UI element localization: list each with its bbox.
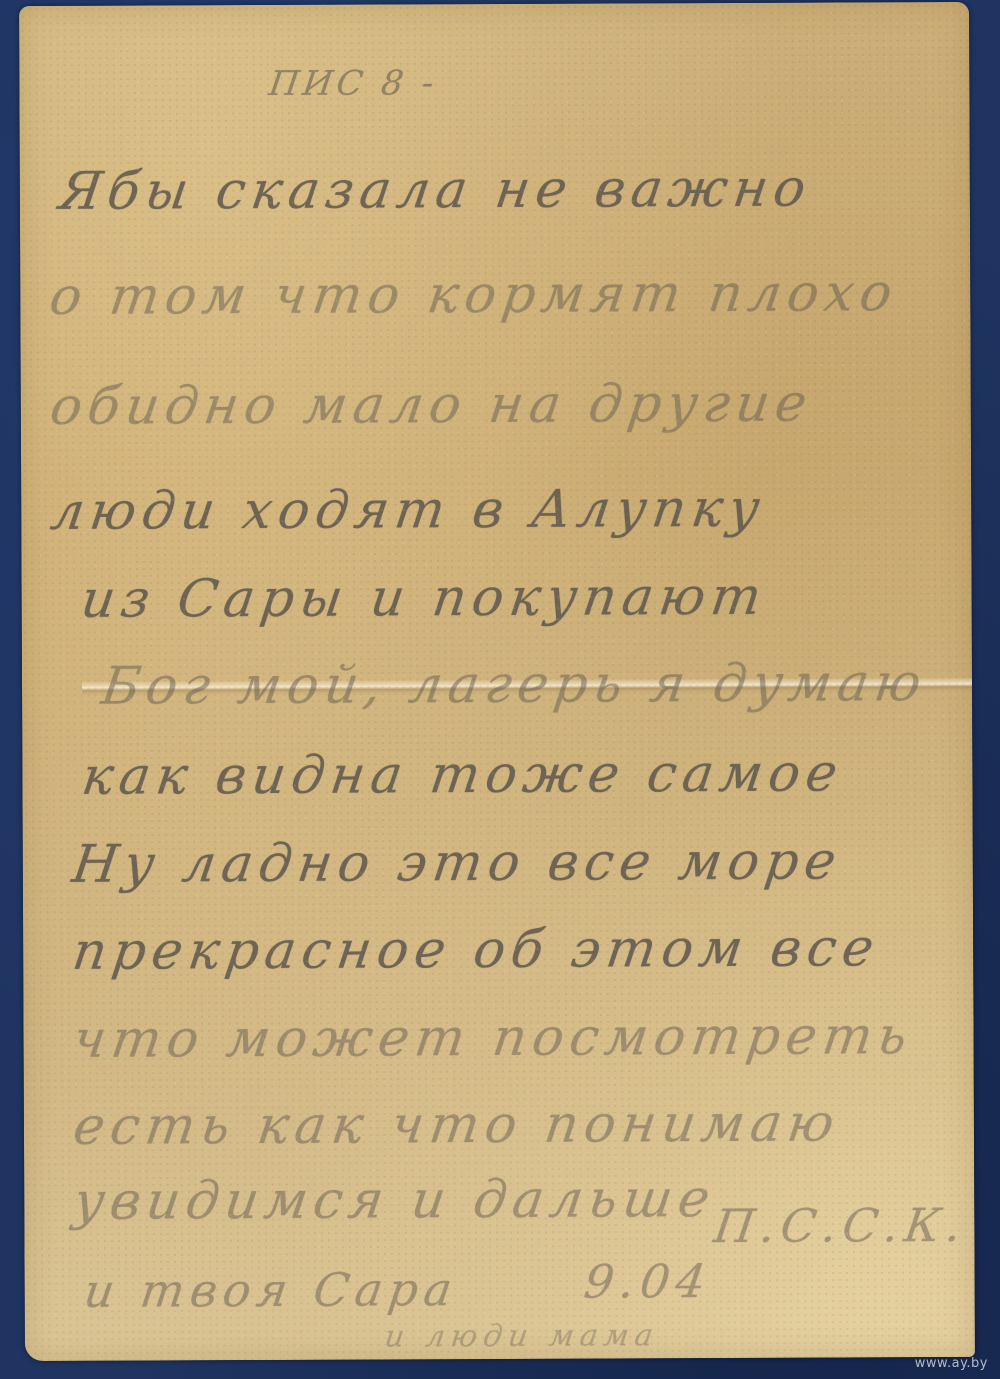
signature-date: 9.04	[581, 1258, 714, 1305]
handwritten-line-12: увидимся и дальше	[71, 1173, 719, 1228]
handwritten-line-4: люди ходят в Алупку	[48, 483, 769, 538]
handwritten-line-10: что может посмотреть	[70, 1010, 916, 1066]
handwritten-line-9: прекрасное об этом все	[70, 922, 883, 978]
handwriting-area: ПИС 8 - Ябы сказала не важно о том что к…	[19, 2, 975, 1361]
footer-scribble: и люди мама	[383, 1321, 661, 1352]
handwritten-line-6: Бог мой, лагерь я думаю	[98, 657, 930, 713]
signature-left: и твоя Сара	[82, 1266, 461, 1314]
letter-paper: ПИС 8 - Ябы сказала не важно о том что к…	[19, 2, 975, 1361]
handwritten-line-7: как видна тоже самое	[79, 747, 847, 802]
handwritten-line-2: о том что кормят плохо	[47, 267, 901, 323]
handwritten-line-1: Ябы сказала не важно	[56, 163, 814, 218]
handwritten-line-11: есть как что понимаю	[70, 1097, 843, 1152]
handwritten-line-3: обидно мало на другие	[47, 378, 815, 433]
signature-initials: П.С.С.К.	[711, 1202, 970, 1249]
site-watermark: www.ay.by	[915, 1356, 988, 1371]
handwritten-line-8: Ну ладно это все море	[69, 835, 845, 890]
handwritten-line-5: из Сары и покупают	[78, 571, 770, 626]
header-mark: ПИС 8 -	[267, 66, 440, 101]
